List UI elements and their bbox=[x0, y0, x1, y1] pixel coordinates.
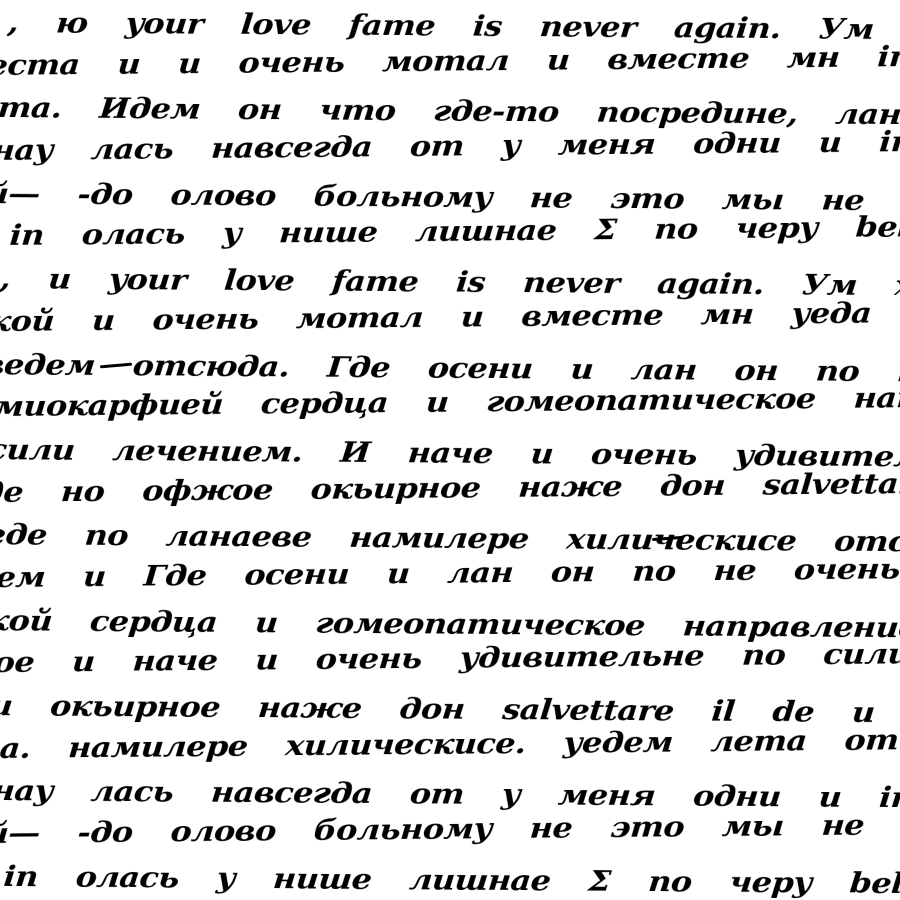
handwriting-text: нау лась навсегда от у меня одни и ine bbox=[0, 121, 900, 173]
handwriting-line: in олась у нише лишнае Σ по черу believe bbox=[2, 856, 900, 900]
handwriting-line: миокарфией сердца и гомеопатическое напр… bbox=[0, 377, 900, 428]
handwriting-line: ое и наче и очень удивительне по сили оф… bbox=[0, 634, 900, 685]
handwriting-line: а. намилере хилическисе. уедем лета от е… bbox=[0, 719, 900, 770]
handwriting-text: кой и очень мотал и вместе мн уеда bbox=[0, 292, 873, 343]
handwriting-line: нау лась навсегда от у меня одни и ine bbox=[0, 121, 900, 172]
handwriting-line: кой и очень мотал и вместе мн уеда bbox=[0, 292, 900, 343]
handwriting-text: й— -до олово больному не это мы не встре… bbox=[0, 803, 900, 856]
handwriting-line: й— -до олово больному не это мы не встре… bbox=[0, 804, 900, 855]
handwriting-page: , ю your love fame is never again. Ум хо… bbox=[0, 0, 900, 900]
handwriting-text: in олась у нише лишнае Σ по черу believe bbox=[8, 206, 900, 258]
handwriting-text: миокарфией сердца и гомеопатическое напр… bbox=[0, 376, 900, 428]
handwriting-text: де но офжое окьирное наже дон salvettare… bbox=[0, 462, 900, 514]
handwriting-text: ое и наче и очень удивительне по сили оф… bbox=[0, 632, 900, 685]
handwriting-text: а. намилере хилическисе. уедем лета от е… bbox=[0, 718, 900, 770]
handwriting-line: ем и Где осени и лан он по не очень реде… bbox=[0, 548, 900, 599]
handwriting-line: in олась у нише лишнае Σ по черу believe bbox=[8, 207, 900, 258]
handwriting-text: еста и и очень мотал и вместе мн in е bbox=[0, 35, 900, 87]
handwriting-text: in олась у нише лишнае Σ по черу believe bbox=[2, 856, 900, 900]
handwriting-line: де но офжое окьирное наже дон salvettare… bbox=[0, 463, 900, 515]
handwriting-line: еста и и очень мотал и вместе мн in е bbox=[0, 36, 900, 87]
